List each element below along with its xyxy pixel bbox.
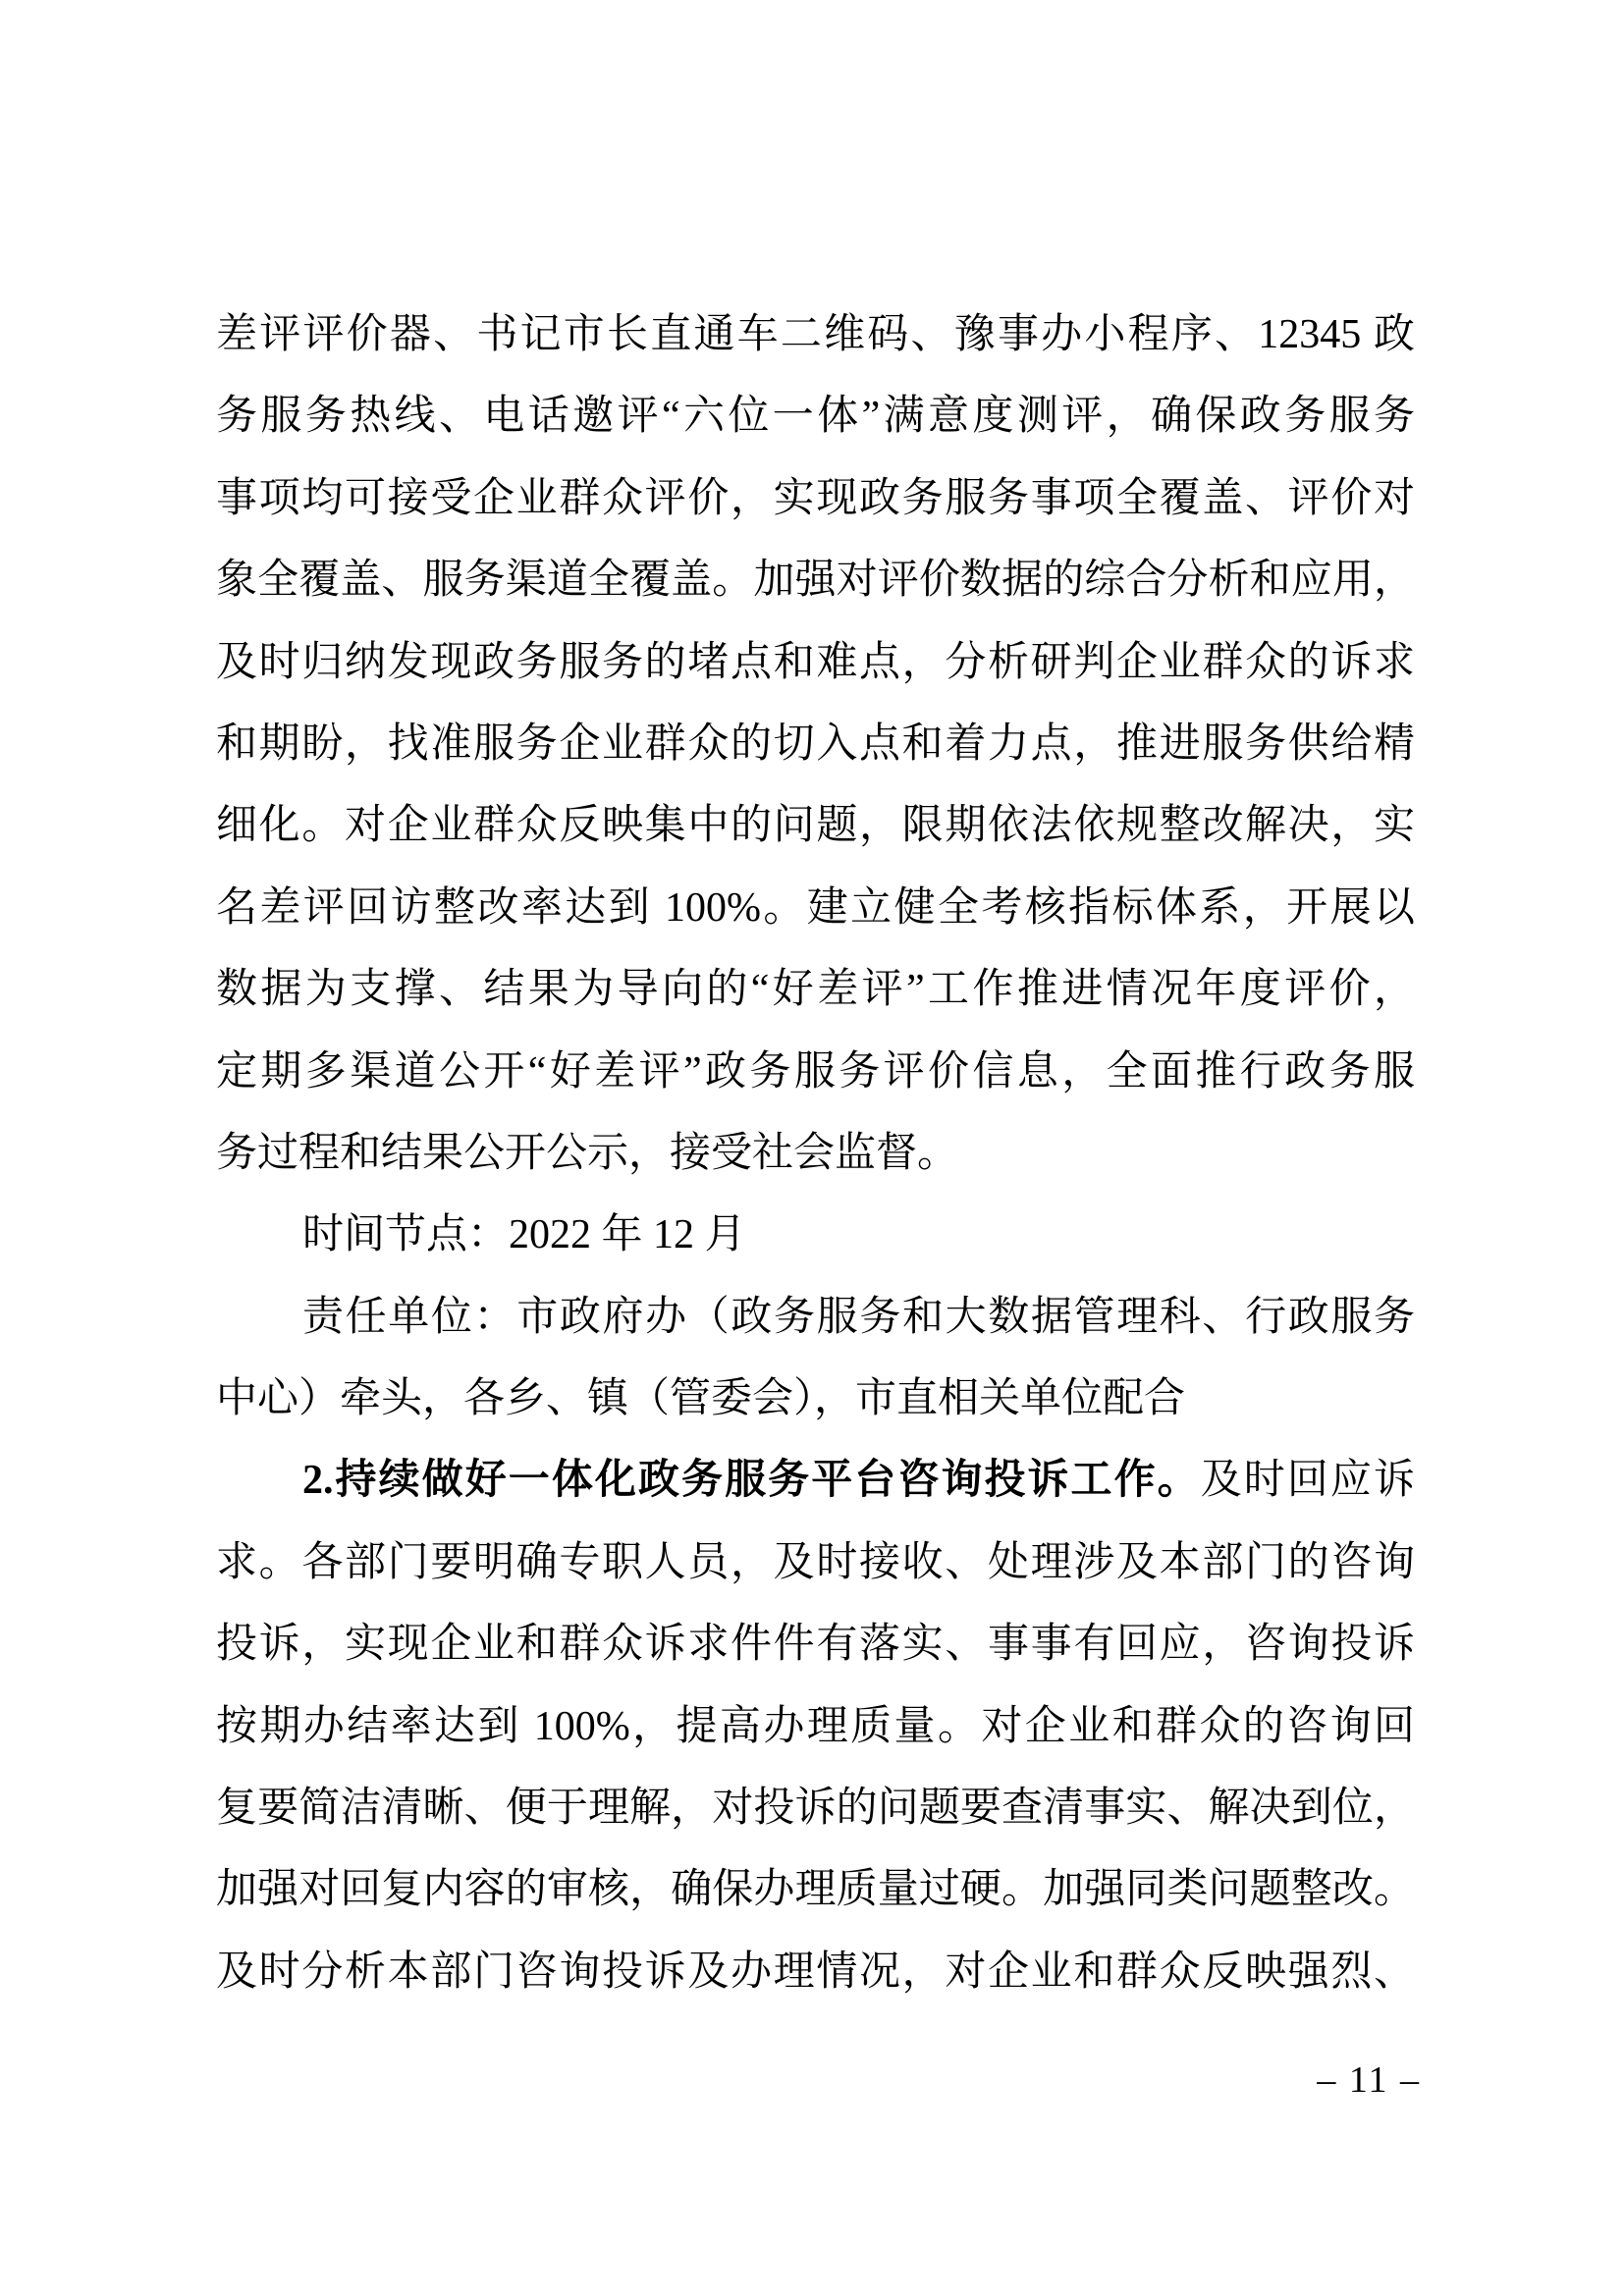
- item2-heading-bold: 2.持续做好一体化政务服务平台咨询投诉工作。: [302, 1458, 1201, 1503]
- body-line: 定期多渠道公开“好差评”政务服务评价信息，全面推行政务服: [216, 1032, 1415, 1113]
- body-line: 差评评价器、书记市长直通车二维码、豫事办小程序、12345 政: [216, 294, 1415, 376]
- page-number: – 11 –: [1317, 2057, 1421, 2103]
- time-node-line: 时间节点：2022 年 12 月: [216, 1195, 1415, 1276]
- body-line: 复要简洁清晰、便于理解，对投诉的问题要查清事实、解决到位，: [216, 1768, 1415, 1849]
- responsible-unit-line-end: 中心）牵头，各乡、镇（管委会），市直相关单位配合: [216, 1359, 1415, 1440]
- text-block: 差评评价器、书记市长直通车二维码、豫事办小程序、12345 政 务服务热线、电话…: [216, 294, 1415, 2013]
- body-line: 细化。对企业群众反映集中的问题，限期依法依规整改解决，实: [216, 785, 1415, 867]
- responsible-unit-line: 责任单位：市政府办（政务服务和大数据管理科、行政服务: [216, 1277, 1415, 1359]
- body-line: 务服务热线、电话邀评“六位一体”满意度测评，确保政务服务: [216, 376, 1415, 457]
- body-line: 及时归纳发现政务服务的堵点和难点，分析研判企业群众的诉求: [216, 622, 1415, 704]
- document-page: 差评评价器、书记市长直通车二维码、豫事办小程序、12345 政 务服务热线、电话…: [0, 0, 1624, 2296]
- body-line: 加强对回复内容的审核，确保办理质量过硬。加强同类问题整改。: [216, 1849, 1415, 1931]
- body-line: 及时分析本部门咨询投诉及办理情况，对企业和群众反映强烈、: [216, 1932, 1415, 2013]
- body-line: 事项均可接受企业群众评价，实现政务服务事项全覆盖、评价对: [216, 458, 1415, 540]
- body-line: 和期盼，找准服务企业群众的切入点和着力点，推进服务供给精: [216, 704, 1415, 785]
- body-line-paragraph-end: 务过程和结果公开公示，接受社会监督。: [216, 1113, 1415, 1195]
- body-line: 名差评回访整改率达到 100%。建立健全考核指标体系，开展以: [216, 868, 1415, 949]
- body-line: 象全覆盖、服务渠道全覆盖。加强对评价数据的综合分析和应用，: [216, 540, 1415, 621]
- body-line: 按期办结率达到 100%，提高办理质量。对企业和群众的咨询回: [216, 1686, 1415, 1768]
- item2-heading-line: 2.持续做好一体化政务服务平台咨询投诉工作。及时回应诉: [216, 1440, 1415, 1522]
- body-line: 数据为支撑、结果为导向的“好差评”工作推进情况年度评价，: [216, 949, 1415, 1031]
- item2-heading-rest: 及时回应诉: [1201, 1458, 1415, 1503]
- body-line: 投诉，实现企业和群众诉求件件有落实、事事有回应，咨询投诉: [216, 1604, 1415, 1685]
- body-line: 求。各部门要明确专职人员，及时接收、处理涉及本部门的咨询: [216, 1522, 1415, 1604]
